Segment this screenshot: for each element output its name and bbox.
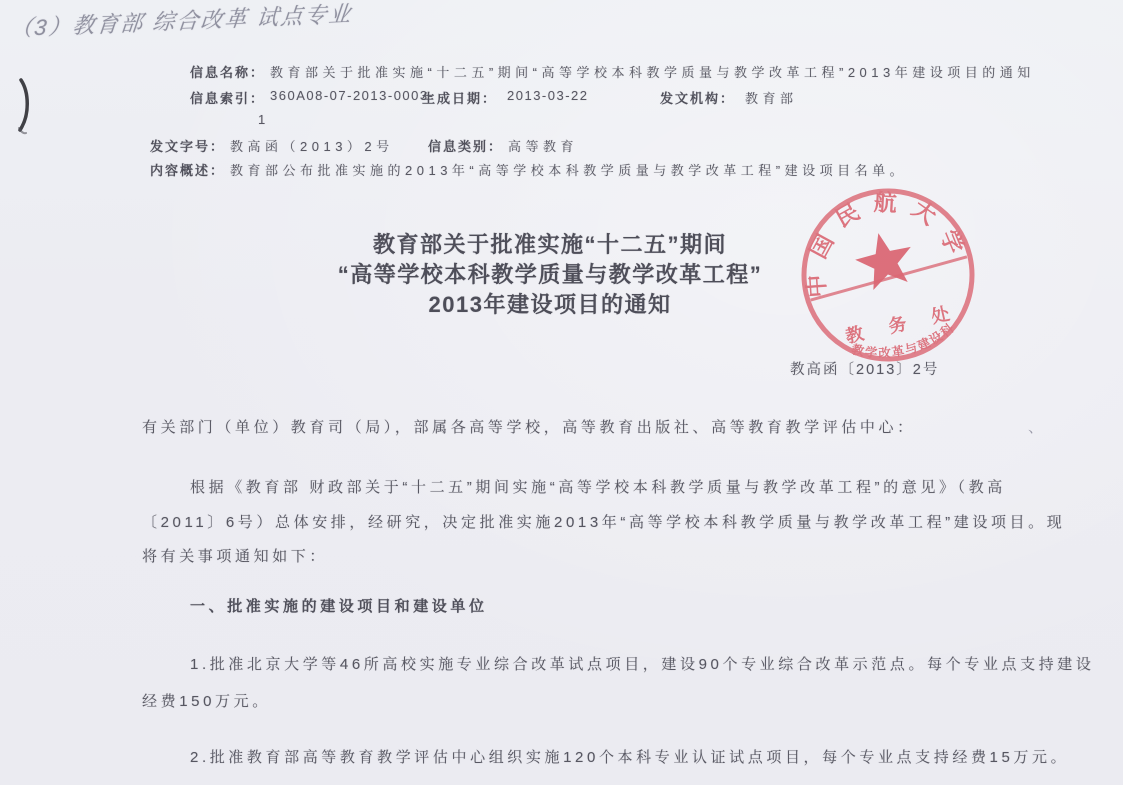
- meta-date-label: 生成日期：: [422, 88, 497, 107]
- seal-star-icon: [851, 227, 919, 293]
- meta-agency-value: 教育部: [745, 88, 798, 107]
- body-paragraph-line: 将有关事项通知如下：: [142, 545, 328, 566]
- handwritten-annotation: （3）教育部 综合改革 试点专业: [9, 0, 354, 43]
- staple-mark: [8, 70, 48, 150]
- meta-index-value: 360A08-07-2013-0003-: [270, 88, 434, 103]
- meta-name-label: 信息名称：: [190, 62, 265, 81]
- stray-ink-mark: 、: [1028, 416, 1043, 437]
- meta-summary-label: 内容概述：: [150, 160, 225, 179]
- document-reference-number: 教高函〔2013〕2号: [790, 358, 939, 379]
- body-section-heading: 一、批准实施的建设项目和建设单位: [190, 595, 488, 616]
- meta-name-value: 教育部关于批准实施“十二五”期间“高等学校本科教学质量与教学改革工程”2013年…: [270, 62, 1035, 81]
- meta-docnum-value: 教高函（2013）2号: [230, 136, 394, 155]
- document-title: 教育部关于批准实施“十二五”期间 “高等学校本科教学质量与教学改革工程” 201…: [250, 230, 850, 320]
- meta-docnum-label: 发文字号：: [150, 136, 225, 155]
- body-paragraph-line: 1.批准北京大学等46所高校实施专业综合改革试点项目，建设90个专业综合改革示范…: [190, 653, 1094, 674]
- meta-summary-value: 教育部公布批准实施的2013年“高等学校本科教学质量与教学改革工程”建设项目名单…: [230, 160, 907, 179]
- document-title-line1: 教育部关于批准实施“十二五”期间: [250, 230, 850, 260]
- body-paragraph-line: 〔2011〕6号）总体安排，经研究，决定批准实施2013年“高等学校本科教学质量…: [142, 511, 1065, 532]
- body-paragraph-line: 根据《教育部 财政部关于“十二五”期间实施“高等学校本科教学质量与教学改革工程”…: [190, 476, 1006, 497]
- meta-index-label: 信息索引：: [190, 88, 265, 107]
- meta-date-value: 2013-03-22: [507, 88, 589, 103]
- meta-agency-label: 发文机构：: [660, 88, 735, 107]
- document-title-line3: 2013年建设项目的通知: [250, 290, 850, 320]
- meta-index-value-continued: 1: [258, 112, 267, 127]
- body-paragraph-line: 2.批准教育部高等教育教学评估中心组织实施120个本科专业认证试点项目，每个专业…: [190, 746, 1069, 767]
- document-title-line2: “高等学校本科教学质量与教学改革工程”: [250, 260, 850, 290]
- body-salutation-line: 有关部门（单位）教育司（局），部属各高等学校，高等教育出版社、高等教育教学评估中…: [142, 416, 916, 437]
- meta-category-value: 高等教育: [508, 136, 578, 155]
- scanned-document-page: （3）教育部 综合改革 试点专业 信息名称： 教育部关于批准实施“十二五”期间“…: [0, 0, 1123, 785]
- meta-category-label: 信息类别：: [428, 136, 503, 155]
- university-seal: 中国民航大学 教 务 处 教学改革与建设科: [788, 180, 988, 370]
- body-paragraph-line: 经费150万元。: [142, 690, 271, 711]
